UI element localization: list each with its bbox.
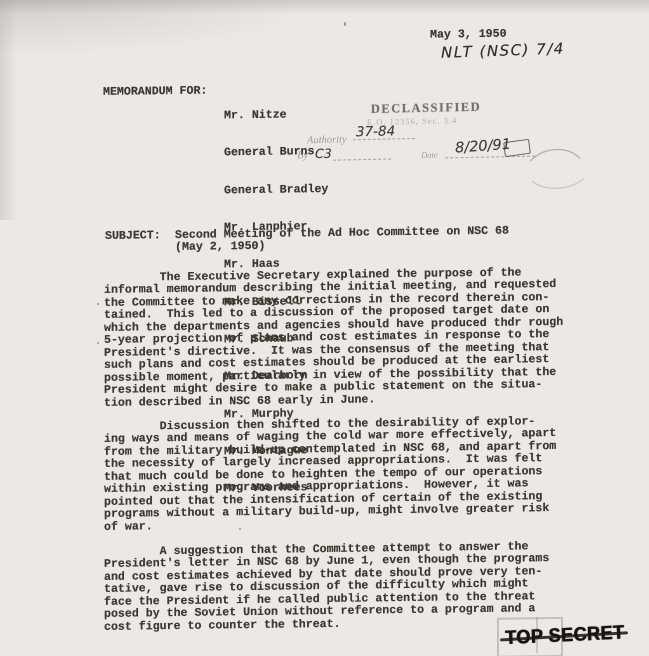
top-secret-stamp: TOP SECRET	[494, 619, 644, 656]
recipient: General Bradley	[224, 184, 328, 198]
authority-label: Authority	[307, 134, 347, 146]
date-line: May 3, 1950	[430, 29, 507, 42]
body-paragraph-1: The Executive Secretary explained the pu…	[104, 267, 563, 410]
scan-speck	[413, 506, 415, 508]
document-page: May 3, 1950 NLT (NSC) 7/4 MEMORANDUM FOR…	[0, 0, 649, 656]
scan-speck	[239, 528, 241, 530]
body-paragraph-3: A suggestion that the Committee attempt …	[104, 541, 549, 634]
subject-line2: (May 2, 1950)	[175, 241, 265, 255]
subject-label: SUBJECT:	[105, 230, 161, 243]
by-label: By	[297, 150, 308, 161]
memorandum-for-label: MEMORANDUM FOR:	[103, 86, 207, 100]
stamp-rule	[333, 159, 391, 161]
date-label: Date	[421, 150, 438, 160]
handwritten-routing-note: NLT (NSC) 7/4	[441, 40, 565, 62]
stamp-rule	[353, 138, 415, 140]
body-paragraph-2: Discussion then shifted to the desirabil…	[104, 416, 556, 534]
scan-speck	[97, 342, 99, 344]
scan-speck	[97, 303, 99, 305]
pen-flourish	[518, 142, 598, 193]
scanned-content-layer: May 3, 1950 NLT (NSC) 7/4 MEMORANDUM FOR…	[0, 0, 649, 656]
by-value-handwritten: C3	[315, 146, 332, 161]
scan-speck	[344, 22, 346, 26]
declassified-stamp-title: DECLASSIFIED	[371, 100, 481, 117]
